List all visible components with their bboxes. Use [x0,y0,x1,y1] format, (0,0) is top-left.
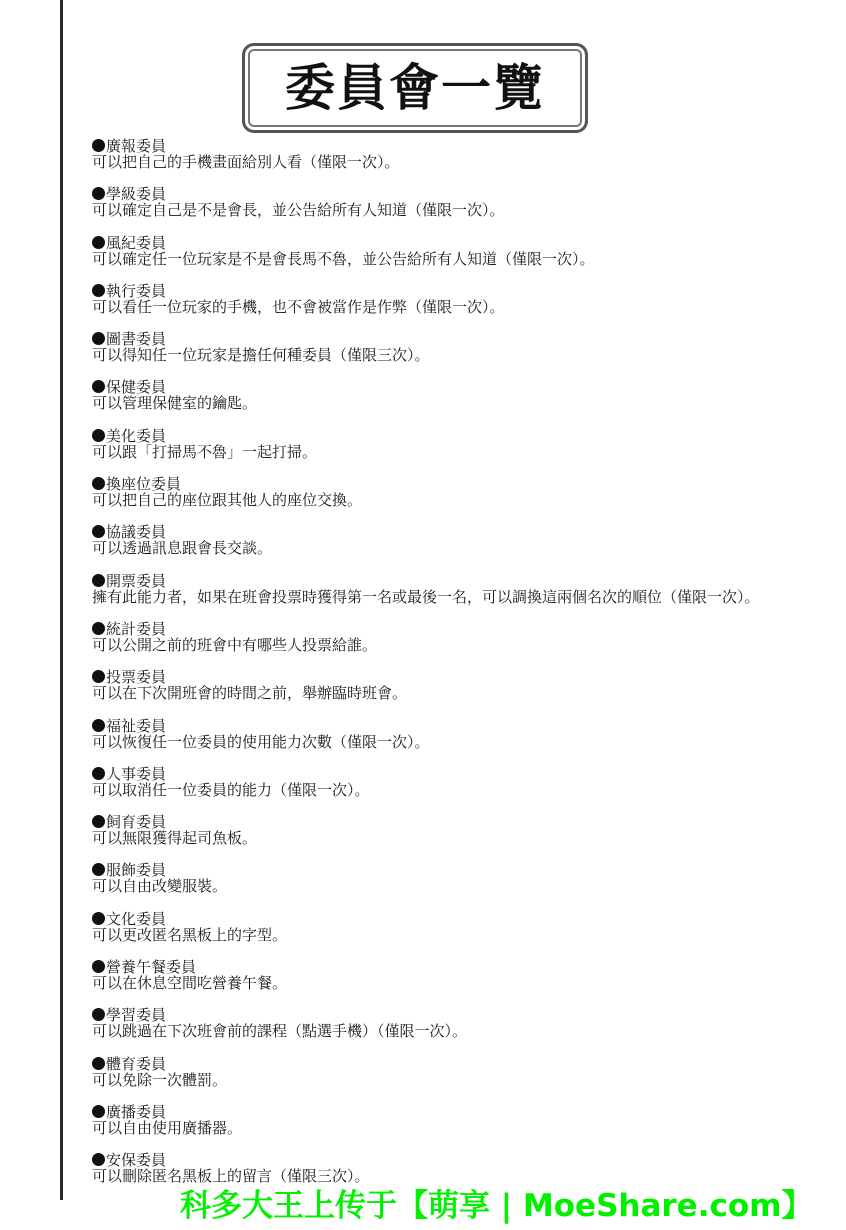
list-item: 協議委員可以透過訊息跟會長交談。 [92,524,837,572]
committee-desc: 可以跟「打掃馬不魯」一起打掃。 [92,444,837,461]
committee-desc: 可以刪除匿名黑板上的留言（僅限三次）。 [92,1168,837,1185]
list-item: 投票委員可以在下次開班會的時間之前，舉辦臨時班會。 [92,669,837,717]
list-item: 廣報委員可以把自己的手機畫面給別人看（僅限一次）。 [92,138,837,186]
committee-desc: 可以跳過在下次班會前的課程（點選手機）（僅限一次）。 [92,1023,837,1040]
page-title: 委員會一覽 [245,58,585,118]
bullet-icon [92,1057,105,1070]
bullet-icon [92,1153,105,1166]
list-item: 執行委員可以看任一位玩家的手機，也不會被當作是作弊（僅限一次）。 [92,283,837,331]
list-item: 美化委員可以跟「打掃馬不魯」一起打掃。 [92,428,837,476]
committee-desc: 可以在休息空間吃營養午餐。 [92,975,837,992]
committee-list: 廣報委員可以把自己的手機畫面給別人看（僅限一次）。 學級委員可以確定自己是不是會… [92,138,837,1201]
bullet-icon [92,139,105,152]
list-item: 服飾委員可以自由改變服裝。 [92,862,837,910]
list-item: 廣播委員可以自由使用廣播器。 [92,1104,837,1152]
committee-name: 開票委員 [106,572,166,590]
committee-desc: 可以把自己的手機畫面給別人看（僅限一次）。 [92,154,837,171]
committee-desc: 可以恢復任一位委員的使用能力次數（僅限一次）。 [92,734,837,751]
committee-desc: 可以管理保健室的鑰匙。 [92,395,837,412]
committee-desc: 可以確定自己是不是會長，並公告給所有人知道（僅限一次）。 [92,202,837,219]
committee-desc: 可以得知任一位玩家是擔任何種委員（僅限三次）。 [92,347,837,364]
bullet-icon [92,912,105,925]
committee-desc: 可以把自己的座位跟其他人的座位交換。 [92,492,837,509]
page-margin-rule [60,0,63,1200]
title-frame: 委員會一覽 [242,43,588,133]
list-item: 學級委員可以確定自己是不是會長，並公告給所有人知道（僅限一次）。 [92,186,837,234]
committee-desc: 可以在下次開班會的時間之前，舉辦臨時班會。 [92,685,837,702]
committee-desc: 可以自由改變服裝。 [92,878,837,895]
committee-name: 福祉委員 [106,717,166,735]
bullet-icon [92,236,105,249]
committee-desc: 可以取消任一位委員的能力（僅限一次）。 [92,782,837,799]
list-item: 學習委員可以跳過在下次班會前的課程（點選手機）（僅限一次）。 [92,1007,837,1055]
bullet-icon [92,622,105,635]
bullet-icon [92,960,105,973]
bullet-icon [92,574,105,587]
list-item: 保健委員可以管理保健室的鑰匙。 [92,379,837,427]
bullet-icon [92,380,105,393]
committee-desc: 可以公開之前的班會中有哪些人投票給誰。 [92,637,837,654]
list-item: 圖書委員可以得知任一位玩家是擔任何種委員（僅限三次）。 [92,331,837,379]
committee-desc: 可以免除一次體罰。 [92,1072,837,1089]
uploader-watermark: 科多大王上传于【萌享 | MoeShare.com】 [180,1186,812,1226]
list-item: 風紀委員可以確定任一位玩家是不是會長馬不魯，並公告給所有人知道（僅限一次）。 [92,235,837,283]
committee-desc: 可以自由使用廣播器。 [92,1120,837,1137]
list-item: 體育委員可以免除一次體罰。 [92,1056,837,1104]
committee-desc: 可以無限獲得起司魚板。 [92,830,837,847]
committee-name: 體育委員 [106,1055,166,1073]
bullet-icon [92,429,105,442]
bullet-icon [92,1008,105,1021]
bullet-icon [92,1105,105,1118]
bullet-icon [92,477,105,490]
list-item: 開票委員擁有此能力者，如果在班會投票時獲得第一名或最後一名，可以調換這兩個名次的… [92,573,837,621]
bullet-icon [92,815,105,828]
bullet-icon [92,187,105,200]
bullet-icon [92,863,105,876]
committee-name: 風紀委員 [106,234,166,252]
committee-desc: 可以看任一位玩家的手機，也不會被當作是作弊（僅限一次）。 [92,299,837,316]
bullet-icon [92,525,105,538]
list-item: 福祉委員可以恢復任一位委員的使用能力次數（僅限一次）。 [92,718,837,766]
list-item: 文化委員可以更改匿名黑板上的字型。 [92,911,837,959]
committee-desc: 可以更改匿名黑板上的字型。 [92,927,837,944]
list-item: 統計委員可以公開之前的班會中有哪些人投票給誰。 [92,621,837,669]
bullet-icon [92,767,105,780]
bullet-icon [92,332,105,345]
list-item: 換座位委員可以把自己的座位跟其他人的座位交換。 [92,476,837,524]
committee-desc: 可以確定任一位玩家是不是會長馬不魯，並公告給所有人知道（僅限一次）。 [92,251,837,268]
bullet-icon [92,670,105,683]
list-item: 人事委員可以取消任一位委員的能力（僅限一次）。 [92,766,837,814]
committee-desc: 擁有此能力者，如果在班會投票時獲得第一名或最後一名，可以調換這兩個名次的順位（僅… [92,589,837,606]
list-item: 飼育委員可以無限獲得起司魚板。 [92,814,837,862]
committee-desc: 可以透過訊息跟會長交談。 [92,540,837,557]
list-item: 營養午餐委員可以在休息空間吃營養午餐。 [92,959,837,1007]
bullet-icon [92,719,105,732]
bullet-icon [92,284,105,297]
